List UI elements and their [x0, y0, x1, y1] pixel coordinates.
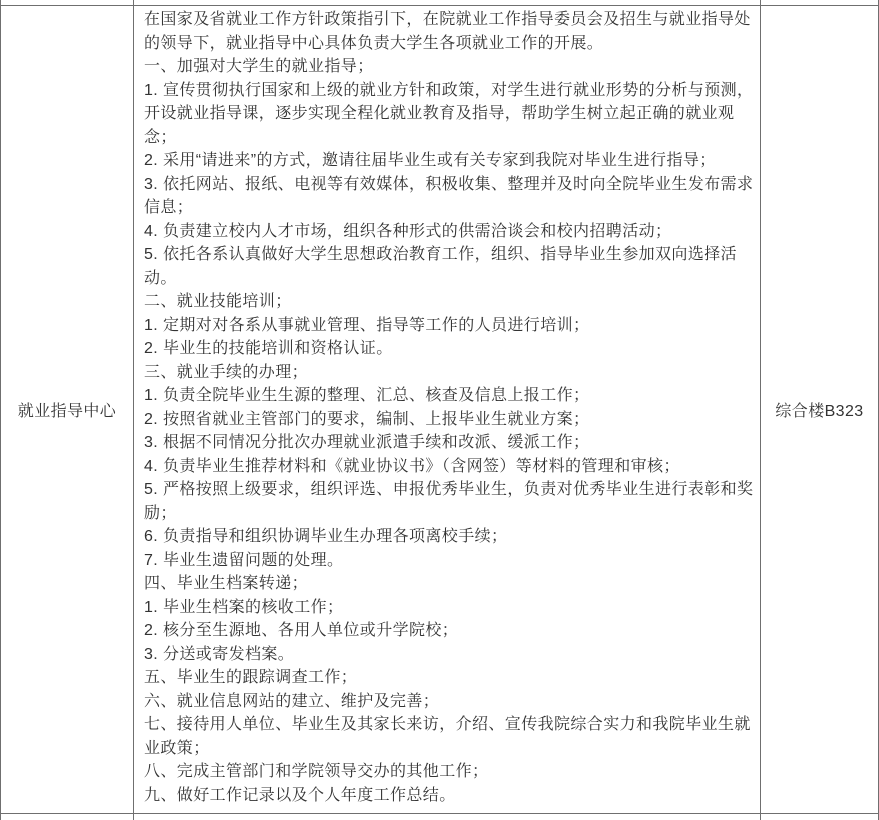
- duty-item: 3. 依托网站、报纸、电视等有效媒体，积极收集、整理并及时向全院毕业生发布需求信…: [144, 173, 760, 220]
- duty-item: 2. 核分至生源地、各用人单位或升学院校；: [144, 619, 760, 643]
- duty-item: 2. 按照省就业主管部门的要求，编制、上报毕业生就业方案；: [144, 408, 760, 432]
- duty-item: 一、加强对大学生的就业指导；: [144, 55, 760, 79]
- duty-item: 五、毕业生的跟踪调查工作；: [144, 666, 760, 690]
- duty-item: 九、做好工作记录以及个人年度工作总结。: [144, 784, 760, 808]
- duty-item: 6. 负责指导和组织协调毕业生办理各项离校手续；: [144, 525, 760, 549]
- duty-item: 1. 宣传贯彻执行国家和上级的就业方针和政策，对学生进行就业形势的分析与预测，开…: [144, 79, 760, 150]
- duty-item: 4. 负责毕业生推荐材料和《就业协议书》（含网签）等材料的管理和审核；: [144, 455, 760, 479]
- duty-item: 5. 依托各系认真做好大学生思想政治教育工作，组织、指导毕业生参加双向选择活动。: [144, 243, 760, 290]
- duty-item: 2. 采用“请进来”的方式，邀请往届毕业生或有关专家到我院对毕业生进行指导；: [144, 149, 760, 173]
- duty-item: 7. 毕业生遗留问题的处理。: [144, 549, 760, 573]
- duty-item: 5. 严格按照上级要求，组织评选、申报优秀毕业生，负责对优秀毕业生进行表彰和奖励…: [144, 478, 760, 525]
- duty-item: 二、就业技能培训；: [144, 290, 760, 314]
- duty-item: 1. 负责全院毕业生生源的整理、汇总、核查及信息上报工作；: [144, 384, 760, 408]
- duty-item: 在国家及省就业工作方针政策指引下，在院就业工作指导委员会及招生与就业指导处的领导…: [144, 8, 760, 55]
- duty-item: 1. 毕业生档案的核收工作；: [144, 596, 760, 620]
- duty-item: 八、完成主管部门和学院领导交办的其他工作；: [144, 760, 760, 784]
- next-row-cell: [134, 814, 761, 820]
- duties-list: 在国家及省就业工作方针政策指引下，在院就业工作指导委员会及招生与就业指导处的领导…: [144, 8, 760, 807]
- duty-item: 3. 根据不同情况分批次办理就业派遣手续和改派、缓派工作；: [144, 431, 760, 455]
- duty-item: 四、毕业生档案转递；: [144, 572, 760, 596]
- duty-item: 三、就业手续的办理；: [144, 361, 760, 385]
- next-row-sliver: [1, 814, 879, 820]
- department-duties-table: 就业指导中心 在国家及省就业工作方针政策指引下，在院就业工作指导委员会及招生与就…: [0, 0, 879, 820]
- employment-center-row: 就业指导中心 在国家及省就业工作方针政策指引下，在院就业工作指导委员会及招生与就…: [1, 6, 879, 814]
- location-text: 综合楼B323: [775, 403, 863, 420]
- department-name-cell: 就业指导中心: [1, 6, 134, 814]
- duty-item: 3. 分送或寄发档案。: [144, 643, 760, 667]
- duties-cell: 在国家及省就业工作方针政策指引下，在院就业工作指导委员会及招生与就业指导处的领导…: [134, 6, 761, 814]
- department-name: 就业指导中心: [18, 403, 116, 420]
- location-cell: 综合楼B323: [761, 6, 879, 814]
- next-row-cell: [1, 814, 134, 820]
- duty-item: 1. 定期对对各系从事就业管理、指导等工作的人员进行培训；: [144, 314, 760, 338]
- next-row-cell: [761, 814, 879, 820]
- duty-item: 4. 负责建立校内人才市场，组织各种形式的供需洽谈会和校内招聘活动；: [144, 220, 760, 244]
- duty-item: 六、就业信息网站的建立、维护及完善；: [144, 690, 760, 714]
- duty-item: 2. 毕业生的技能培训和资格认证。: [144, 337, 760, 361]
- duty-item: 七、接待用人单位、毕业生及其家长来访，介绍、宣传我院综合实力和我院毕业生就业政策…: [144, 713, 760, 760]
